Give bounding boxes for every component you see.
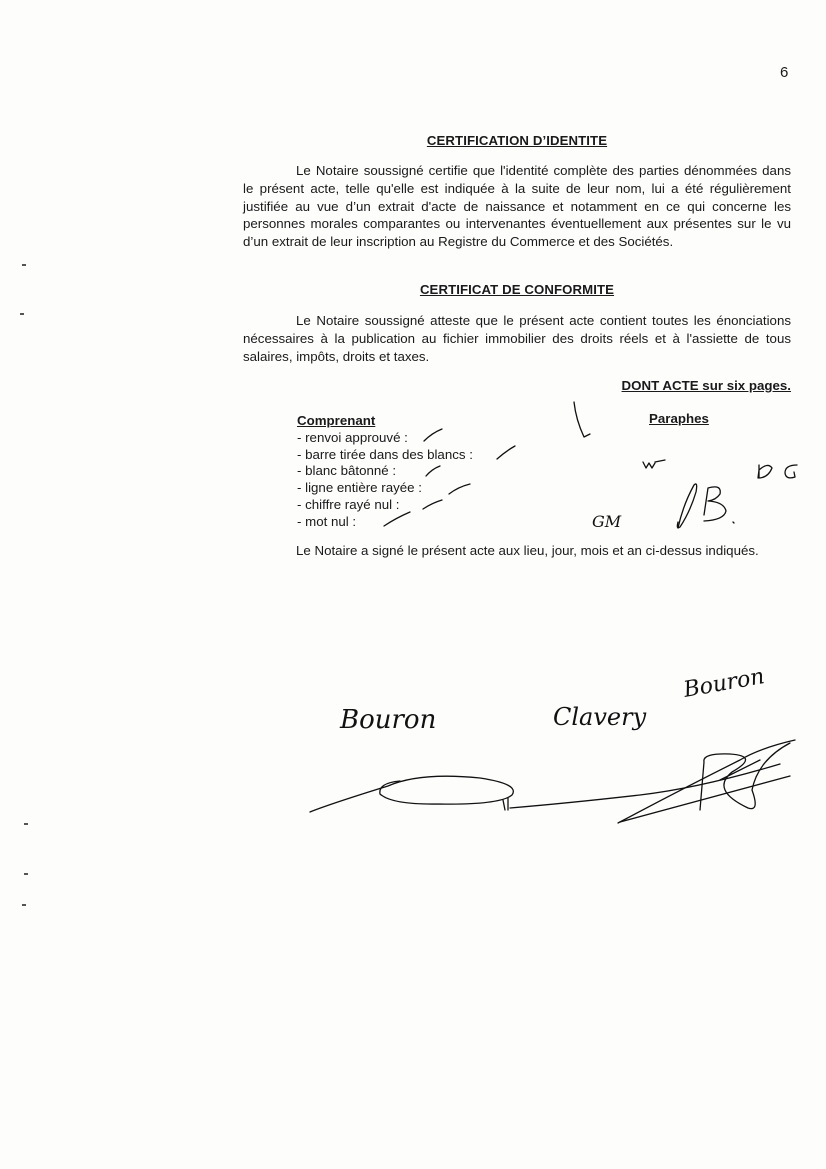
comprenant-item: - mot nul : (297, 514, 473, 531)
section-title-certificat-conformite: CERTIFICAT DE CONFORMITE (243, 282, 791, 297)
comprenant-list: Comprenant - renvoi approuvé : - barre t… (297, 413, 473, 531)
initials-gm: GM (592, 512, 622, 531)
comprenant-title: Comprenant (297, 413, 473, 430)
scan-speck (24, 823, 28, 825)
comprenant-item: - chiffre rayé nul : (297, 497, 473, 514)
certification-identite-paragraph: Le Notaire soussigné certifie que l'iden… (243, 162, 791, 251)
section-title-certification-identite: CERTIFICATION D’IDENTITE (243, 133, 791, 148)
certification-identite-text: Le Notaire soussigné certifie que l'iden… (243, 163, 791, 249)
comprenant-item: - ligne entière rayée : (297, 480, 473, 497)
comprenant-item: - renvoi approuvé : (297, 430, 473, 447)
comprenant-item: - blanc bâtonné : (297, 463, 473, 480)
final-statement-text: Le Notaire a signé le présent acte aux l… (296, 543, 759, 558)
signature-bouron-2: Bouron (681, 664, 767, 703)
scan-speck (22, 904, 26, 906)
scan-speck (20, 313, 24, 315)
closing-statement: DONT ACTE sur six pages. (622, 378, 791, 393)
scan-speck (24, 873, 28, 875)
paraphes-title: Paraphes (649, 411, 709, 426)
signature-block: Bouron Clavery Bouron (310, 664, 795, 823)
signature-clavery: Clavery (553, 703, 647, 731)
scan-speck (22, 264, 26, 266)
signature-bouron-1: Bouron (339, 705, 436, 735)
comprenant-item: - barre tirée dans des blancs : (297, 447, 473, 464)
certificat-conformite-text: Le Notaire soussigné atteste que le prés… (243, 313, 791, 364)
page-number: 6 (780, 64, 788, 81)
final-statement-paragraph: Le Notaire a signé le présent acte aux l… (243, 542, 791, 560)
certificat-conformite-paragraph: Le Notaire soussigné atteste que le prés… (243, 312, 791, 365)
